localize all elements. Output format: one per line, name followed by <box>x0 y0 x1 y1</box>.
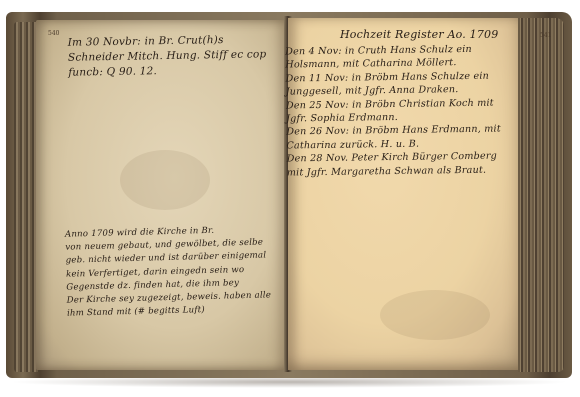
paper-stain <box>120 150 210 210</box>
left-page-number: 540 <box>48 30 59 37</box>
paper-stain <box>380 290 490 340</box>
right-entries: Den 4 Nov: in Cruth Hans Schulz ein Hols… <box>285 43 501 180</box>
right-page-edges <box>518 18 564 372</box>
right-page-number: 541 <box>540 32 551 39</box>
left-top-entry: Im 30 Novbr: in Br. Crut(h)s Schneider M… <box>68 32 267 80</box>
left-bottom-entry: Anno 1709 wird die Kirche in Br. von neu… <box>65 223 272 321</box>
register-title: Hochzeit Register Ao. 1709 <box>340 28 498 41</box>
